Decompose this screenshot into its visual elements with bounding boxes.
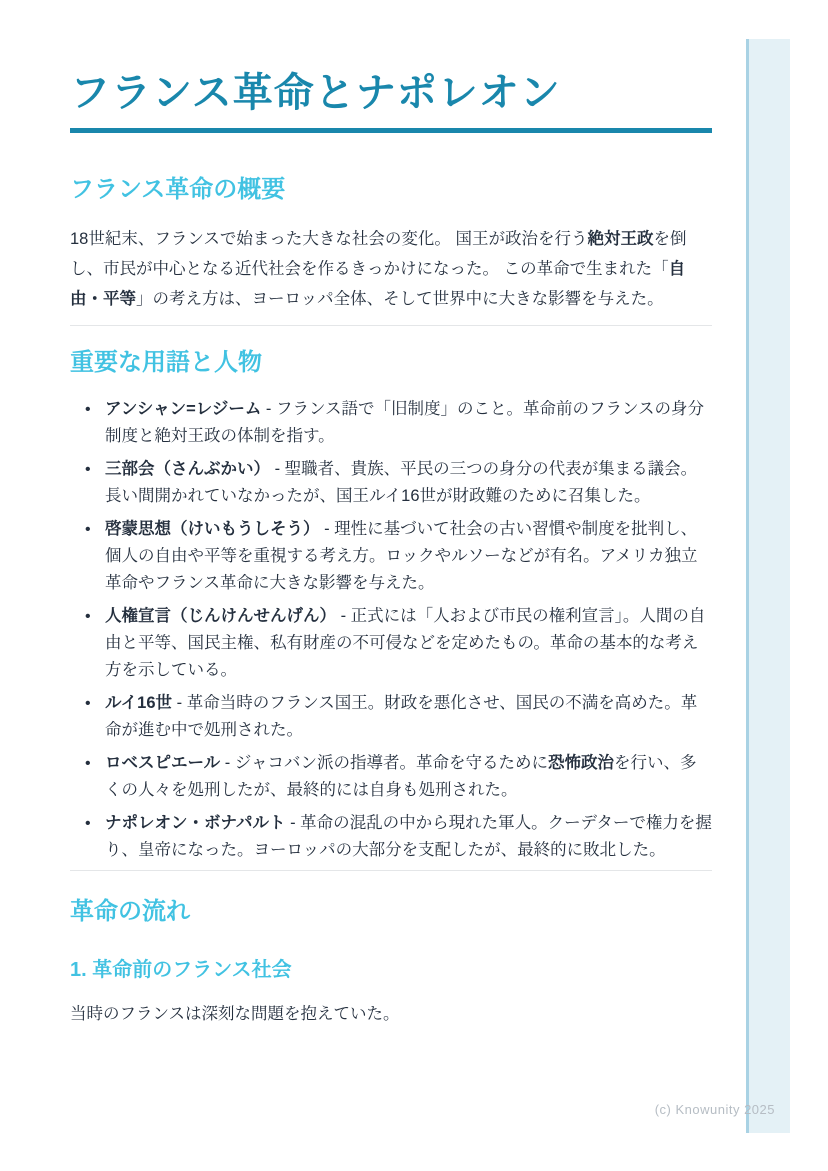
overview-bold-absolutism: 絶対王政	[587, 230, 653, 248]
section-heading-overview: フランス革命の概要	[70, 175, 712, 205]
term-label: ナポレオン・ボナパルト	[105, 814, 286, 832]
section-divider	[70, 325, 712, 326]
section-divider	[70, 870, 712, 871]
term-item-declaration-of-rights: 人権宣言（じんけんせんげん） - 正式には「人および市民の権利宣言」。人間の自由…	[105, 603, 712, 684]
overview-text-1: 18世紀末、フランスで始まった大きな社会の変化。 国王が政治を行う	[70, 230, 587, 248]
term-item-enlightenment: 啓蒙思想（けいもうしそう） - 理性に基づいて社会の古い習慣や制度を批判し、個人…	[105, 516, 712, 597]
term-bold-reign-of-terror: 恐怖政治	[548, 754, 614, 772]
title-rule	[70, 128, 712, 133]
term-item-robespierre: ロベスピエール - ジャコバン派の指導者。革命を守るために恐怖政治を行い、多くの…	[105, 750, 712, 804]
term-label: 三部会（さんぶかい）	[105, 460, 270, 478]
term-description: - ジャコバン派の指導者。革命を守るために	[220, 754, 548, 772]
term-item-louis-xvi: ルイ16世 - 革命当時のフランス国王。財政を悪化させ、国民の不満を高めた。革命…	[105, 690, 712, 744]
term-label: ルイ16世	[105, 694, 172, 712]
document-content: フランス革命とナポレオン フランス革命の概要 18世紀末、フランスで始まった大き…	[0, 0, 828, 1029]
section-heading-terms: 重要な用語と人物	[70, 348, 712, 378]
flow-paragraph: 当時のフランスは深刻な問題を抱えていた。	[70, 999, 712, 1029]
page: { "page": { "title": "フランス革命とナポレオン", "fo…	[0, 0, 828, 1171]
footer-credit: (c) Knowunity 2025	[655, 1102, 775, 1117]
term-item-ancien-regime: アンシャン=レジーム - フランス語で「旧制度」のこと。革命前のフランスの身分制…	[105, 396, 712, 450]
term-item-napoleon: ナポレオン・ボナパルト - 革命の混乱の中から現れた軍人。クーデターで権力を握り…	[105, 810, 712, 864]
terms-list: アンシャン=レジーム - フランス語で「旧制度」のこと。革命前のフランスの身分制…	[70, 396, 712, 864]
term-item-estates-general: 三部会（さんぶかい） - 聖職者、貴族、平民の三つの身分の代表が集まる議会。長い…	[105, 456, 712, 510]
overview-paragraph: 18世紀末、フランスで始まった大きな社会の変化。 国王が政治を行う絶対王政を倒し…	[70, 224, 712, 314]
section-heading-flow: 革命の流れ	[70, 897, 712, 927]
term-label: 啓蒙思想（けいもうしそう）	[105, 520, 320, 538]
term-label: ロベスピエール	[105, 754, 220, 772]
page-title: フランス革命とナポレオン	[70, 70, 712, 116]
term-label: 人権宣言（じんけんせんげん）	[105, 607, 336, 625]
subsection-heading-prerevolution: 1. 革命前のフランス社会	[70, 957, 712, 983]
overview-text-3: 」の考え方は、ヨーロッパ全体、そして世界中に大きな影響を与えた。	[136, 290, 664, 308]
term-label: アンシャン=レジーム	[105, 400, 261, 418]
term-description: - 革命当時のフランス国王。財政を悪化させ、国民の不満を高めた。革命が進む中で処…	[105, 694, 697, 739]
